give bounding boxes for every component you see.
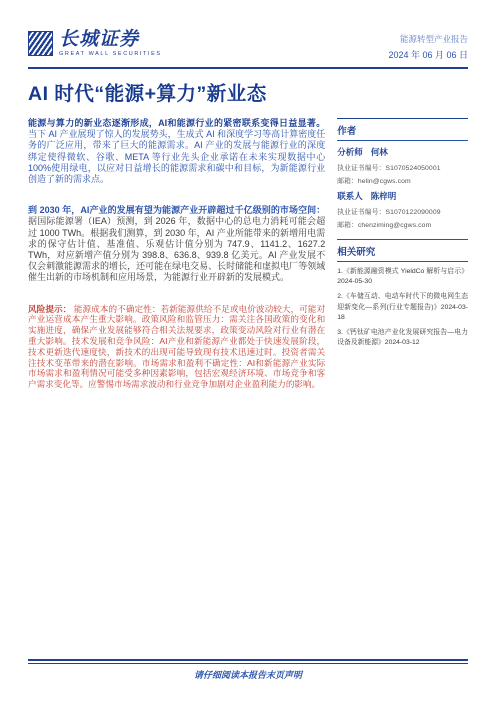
analyst-name: 何林 <box>371 147 388 157</box>
analyst-cert-label: 执业证书编号： <box>337 165 385 172</box>
related-section-heading: 相关研究 <box>337 240 468 261</box>
brand-name-en: GREAT WALL SECURITIES <box>59 51 162 57</box>
summary-paragraph-2: 到 2030 年，AI产业的发展有望为能源产业开辟超过千亿级别的市场空间： 据国… <box>28 205 325 283</box>
related-research-item: 3.《钙钛矿电池产业化发展研究报告—电力设备及新能源》2024-03-12 <box>337 328 468 348</box>
related-heading-divider <box>337 261 468 262</box>
sidebar: 作者 分析师何林 执业证书编号：S1070524050001 邮箱：helin@… <box>337 118 468 390</box>
analyst-cert-row: 执业证书编号：S1070524050001 <box>337 162 468 172</box>
analyst-email-label: 邮箱： <box>337 178 358 185</box>
report-date: 2024 年 06 月 06 日 <box>388 48 468 61</box>
brand-text: 长城证券 GREAT WALL SECURITIES <box>59 30 162 57</box>
analyst-row: 分析师何林 <box>337 146 468 158</box>
analyst-label: 分析师 <box>337 147 363 157</box>
main-column: 能源与算力的新业态逐渐形成，AI和能源行业的紧密联系变得日益显著。 当下 AI … <box>28 118 325 390</box>
header: 长城证券 GREAT WALL SECURITIES 能源转型产业报告 2024… <box>28 30 468 61</box>
analyst-email-row: 邮箱：helin@cgws.com <box>337 175 468 185</box>
related-research-item: 1.《新能源融资模式 YieldCo 解析与启示》2024-05-30 <box>337 267 468 287</box>
analyst-block: 分析师何林 执业证书编号：S1070524050001 邮箱：helin@cgw… <box>337 146 468 185</box>
related-research-list: 1.《新能源融资模式 YieldCo 解析与启示》2024-05-30 2.《车… <box>337 267 468 348</box>
analyst-cert-number: S1070524050001 <box>386 165 441 172</box>
contact-row: 联系人陈梓明 <box>337 190 468 202</box>
summary-paragraph-1: 能源与算力的新业态逐渐形成，AI和能源行业的紧密联系变得日益显著。 当下 AI … <box>28 118 325 185</box>
risk-body: 能源成本的不确定性：若新能源供给不足或电价波动较大，可能对产业运营成本产生重大影… <box>28 304 325 390</box>
author-heading-divider <box>337 140 468 141</box>
contact-cert-number: S1070122090009 <box>386 209 441 216</box>
contact-cert-row: 执业证书编号：S1070122090009 <box>337 206 468 216</box>
contact-email-link[interactable]: chenziming@cgws.com <box>358 222 431 229</box>
footer-divider-thick <box>28 659 468 661</box>
header-meta: 能源转型产业报告 2024 年 06 月 06 日 <box>388 30 468 61</box>
summary-1-body: 当下 AI 产业展现了惊人的发展势头，生成式 AI 和深度学习等高计算密度任务的… <box>28 129 325 184</box>
contact-label: 联系人 <box>337 191 363 201</box>
footer: 请仔细阅读本报告末页声明 <box>28 659 468 681</box>
footer-divider-thin <box>28 663 468 664</box>
contact-email-row: 邮箱：chenziming@cgws.com <box>337 219 468 229</box>
contact-email-label: 邮箱： <box>337 222 358 229</box>
contact-cert-label: 执业证书编号： <box>337 209 385 216</box>
footer-disclaimer: 请仔细阅读本报告末页声明 <box>28 668 468 681</box>
risk-lead: 风险提示： <box>28 304 71 314</box>
contact-name: 陈梓明 <box>371 191 397 201</box>
contact-block: 联系人陈梓明 执业证书编号：S1070122090009 邮箱：chenzimi… <box>337 190 468 229</box>
brand: 长城证券 GREAT WALL SECURITIES <box>28 30 162 57</box>
author-section-heading: 作者 <box>337 119 468 140</box>
analyst-email-link[interactable]: helin@cgws.com <box>358 178 411 185</box>
page-title: AI 时代“能源+算力”新业态 <box>28 78 468 106</box>
summary-1-lead: 能源与算力的新业态逐渐形成，AI和能源行业的紧密联系变得日益显著。 <box>28 118 325 128</box>
greatwall-logo-icon <box>28 31 53 56</box>
related-research-item: 2.《车储互动、电动车时代下的微电网生态迎新变化—系列(行业专题报告)》2024… <box>337 292 468 323</box>
summary-2-body: 据国际能源署（IEA）预测，到 2026 年，数据中心的总电力消耗可能会超过 1… <box>28 216 325 282</box>
summary-2-lead: 到 2030 年，AI产业的发展有望为能源产业开辟超过千亿级别的市场空间： <box>28 205 325 215</box>
report-type-label: 能源转型产业报告 <box>388 33 468 45</box>
header-divider <box>28 67 468 69</box>
brand-name-cn: 长城证券 <box>59 30 162 50</box>
risk-paragraph: 风险提示： 能源成本的不确定性：若新能源供给不足或电价波动较大，可能对产业运营成… <box>28 304 325 390</box>
content-columns: 能源与算力的新业态逐渐形成，AI和能源行业的紧密联系变得日益显著。 当下 AI … <box>28 118 468 390</box>
related-research-section: 相关研究 1.《新能源融资模式 YieldCo 解析与启示》2024-05-30… <box>337 239 468 348</box>
report-page: 长城证券 GREAT WALL SECURITIES 能源转型产业报告 2024… <box>0 0 496 702</box>
